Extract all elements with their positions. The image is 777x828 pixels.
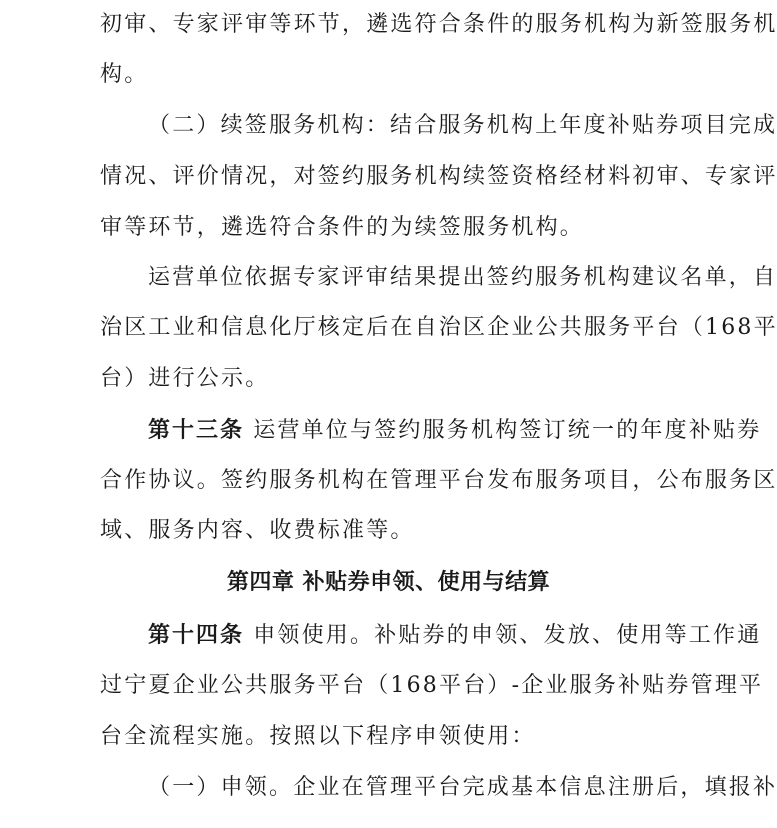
paragraph-line: 台全流程实施。按照以下程序申领使用： (100, 722, 692, 752)
paragraph-line: 治区工业和信息化厅核定后在自治区企业公共服务平台（168平 (100, 313, 692, 343)
chapter-heading: 第四章 补贴券申领、使用与结算 (0, 568, 777, 598)
paragraph-line: （一）申领。企业在管理平台完成基本信息注册后，填报补 (148, 773, 692, 803)
paragraph-line: 过宁夏企业公共服务平台（168平台）-企业服务补贴券管理平 (100, 671, 692, 701)
paragraph-line: （二）续签服务机构：结合服务机构上年度补贴券项目完成 (148, 111, 692, 141)
article-14-line: 第十四条 申领使用。补贴券的申领、发放、使用等工作通 (148, 620, 692, 651)
paragraph-line: 构。 (100, 60, 692, 90)
paragraph-line: 台）进行公示。 (100, 364, 692, 394)
paragraph-line: 运营单位依据专家评审结果提出签约服务机构建议名单，自 (148, 263, 692, 293)
article-number: 第十四条 (148, 622, 244, 648)
paragraph-line: 域、服务内容、收费标准等。 (100, 516, 692, 546)
article-13-line: 第十三条 运营单位与签约服务机构签订统一的年度补贴券 (148, 415, 692, 446)
document-page: 初审、专家评审等环节，遴选符合条件的服务机构为新签服务机 构。 （二）续签服务机… (0, 0, 777, 828)
paragraph-line: 情况、评价情况，对签约服务机构续签资格经材料初审、专家评 (100, 162, 692, 192)
paragraph-line: 初审、专家评审等环节，遴选符合条件的服务机构为新签服务机 (100, 10, 692, 40)
article-text: 运营单位与签约服务机构签订统一的年度补贴券 (244, 418, 761, 443)
article-number: 第十三条 (148, 417, 244, 443)
paragraph-line: 合作协议。签约服务机构在管理平台发布服务项目，公布服务区 (100, 466, 692, 496)
paragraph-line: 审等环节，遴选符合条件的为续签服务机构。 (100, 213, 692, 243)
article-text: 申领使用。补贴券的申领、发放、使用等工作通 (244, 623, 761, 648)
